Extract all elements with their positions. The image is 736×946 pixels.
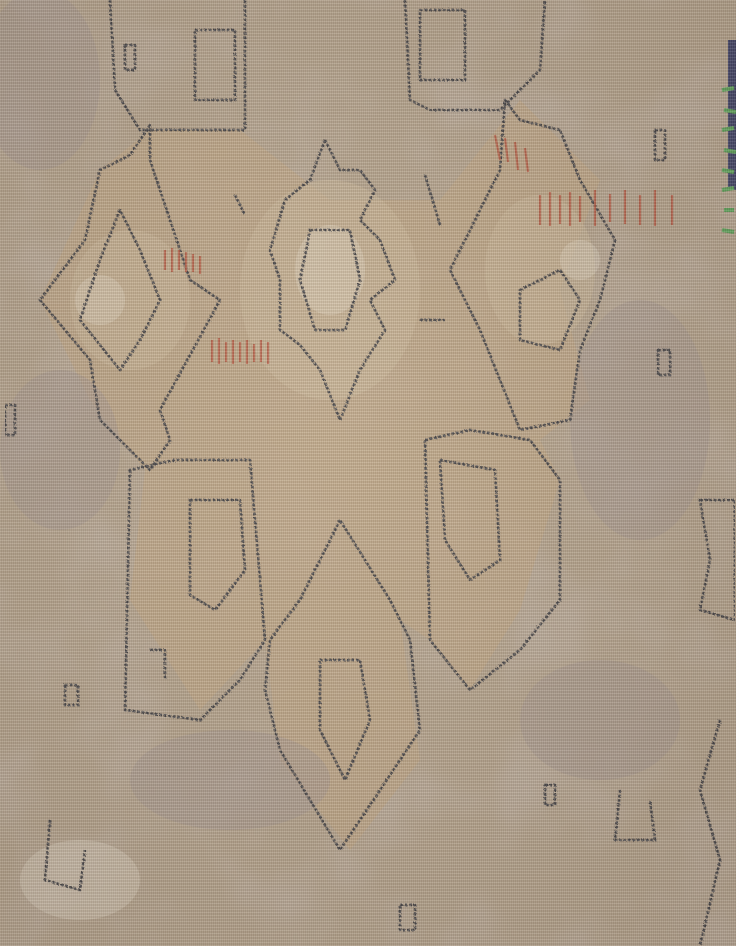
rug-pattern [0, 0, 736, 946]
rug-photograph [0, 0, 736, 946]
